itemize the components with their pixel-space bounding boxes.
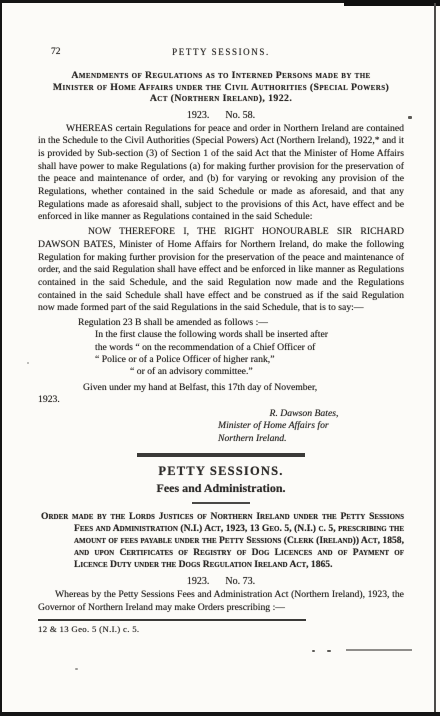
amendment-line: In the first clause the following words … [95, 329, 404, 341]
amendment-line: “ or of an advisory committee.” [130, 366, 404, 378]
scan-border-bottom [0, 712, 440, 716]
scan-speck [75, 668, 78, 670]
order58-whereas-paragraph: WHEREAS certain Regulations for peace an… [38, 123, 404, 225]
order58-number-line: 1923.No. 58. [38, 110, 404, 121]
page-content: 72 PETTY SESSIONS. Amendments of Regulat… [38, 47, 404, 634]
order73-serial: No. 73. [225, 576, 255, 587]
dateline-text: Given under my hand at Belfast, this 17t… [38, 382, 404, 395]
order73-number-line: 1923.No. 73. [38, 576, 404, 587]
dateline: Given under my hand at Belfast, this 17t… [38, 382, 404, 407]
section-title: PETTY SESSIONS. [38, 464, 404, 479]
amendment-intro: Regulation 23 B shall be amended as foll… [78, 317, 404, 329]
signature-block: R. Dawson Bates, Minister of Home Affair… [218, 408, 390, 446]
scanned-document-page: 72 PETTY SESSIONS. Amendments of Regulat… [0, 0, 440, 716]
page-header: 72 PETTY SESSIONS. [38, 47, 404, 59]
section-divider-rule [137, 453, 305, 457]
dateline-year: 1923. [38, 394, 404, 407]
signature-name: R. Dawson Bates, [218, 408, 390, 421]
footnote-rule [38, 619, 306, 621]
order73-whereas-paragraph: Whereas by the Petty Sessions Fees and A… [38, 589, 404, 614]
section-subtitle: Fees and Administration. [38, 481, 404, 496]
amendment-line: the words “ on the recommendation of a C… [95, 342, 404, 354]
scan-border-left [0, 0, 2, 716]
scan-artifact-line [346, 649, 412, 651]
signature-title-line: Northern Ireland. [218, 433, 390, 446]
amendment-line: “ Police or of a Police Officer of highe… [95, 354, 404, 366]
signature-title-line: Minister of Home Affairs for [218, 420, 390, 433]
order73-heading: Order made by the Lords Justices of Nort… [38, 511, 404, 571]
order58-operative-paragraph: NOW THEREFORE I, THE RIGHT HONOURABLE SI… [38, 226, 404, 315]
order73-year: 1923. [187, 576, 210, 587]
order58-year: 1923. [187, 110, 210, 121]
scan-speck [312, 650, 315, 652]
scan-speck [327, 650, 331, 652]
scan-speck [27, 362, 29, 364]
subtitle-rule [192, 502, 250, 504]
order58-serial: No. 58. [225, 110, 255, 121]
scan-speck [408, 116, 412, 119]
order58-heading: Amendments of Regulations as to Interned… [38, 70, 404, 105]
amendment-block: Regulation 23 B shall be amended as foll… [38, 317, 404, 378]
scan-page-edge-line [434, 3, 436, 712]
footnote-citation: 12 & 13 Geo. 5 (N.I.) c. 5. [38, 624, 404, 634]
scan-border-top-right [344, 0, 440, 6]
running-header: PETTY SESSIONS. [38, 47, 404, 57]
